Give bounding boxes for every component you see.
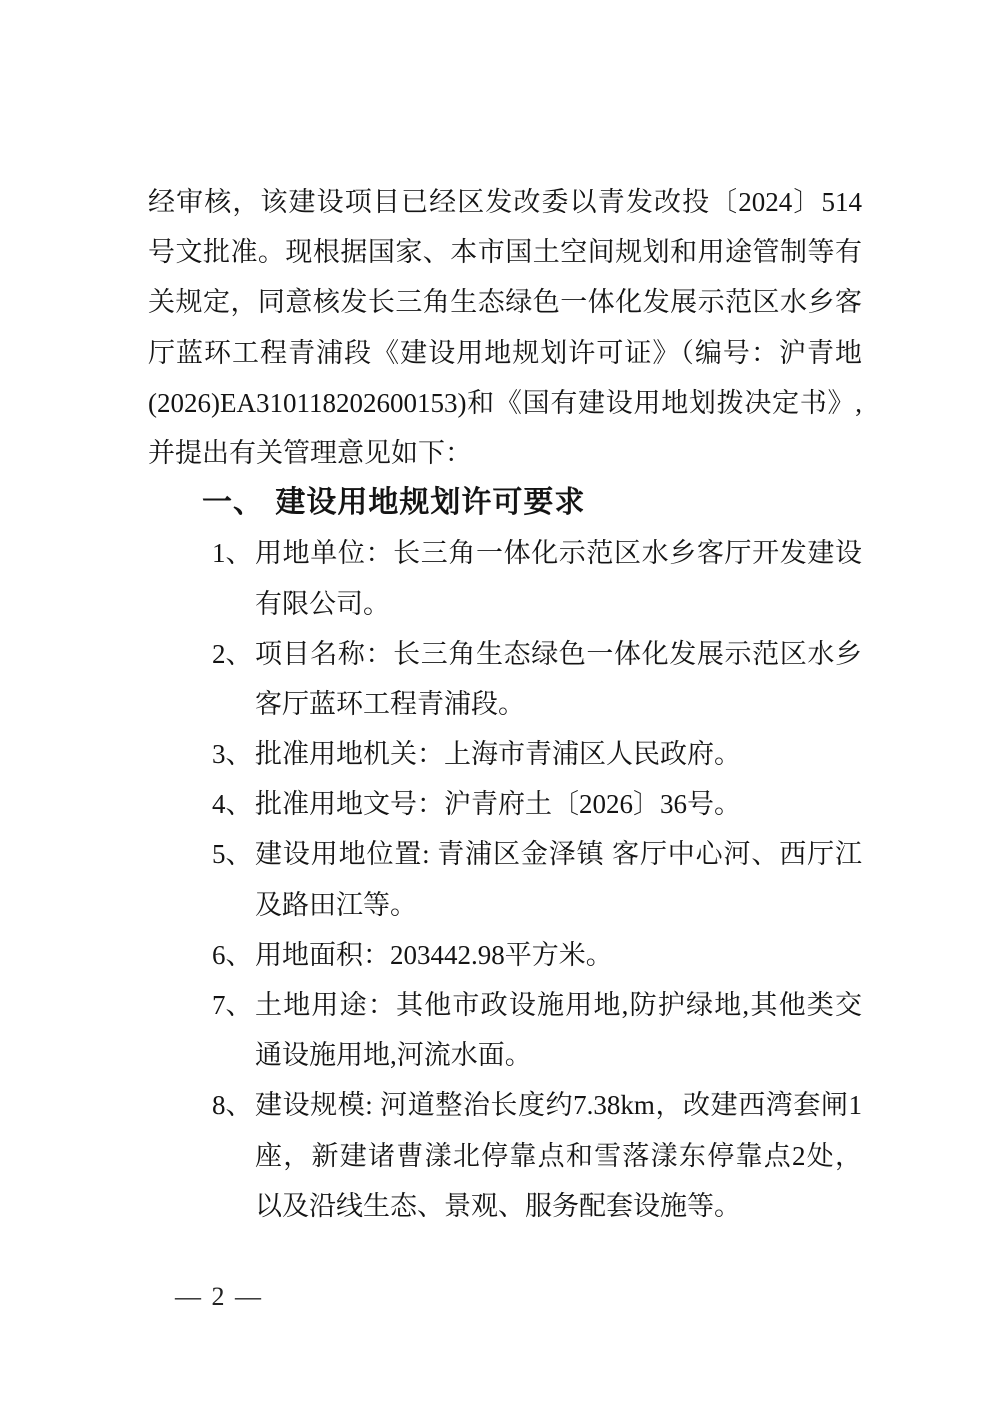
list-item-number: 5、	[212, 829, 253, 879]
list-item-line: 以及沿线生态、景观、服务配套设施等。	[148, 1181, 862, 1231]
list-item-text: 建设规模: 河道整治长度约7.38km，改建西湾套闸1	[255, 1090, 862, 1120]
list-item-line: 7、土地用途：其他市政设施用地,防护绿地,其他类交	[148, 980, 862, 1030]
list-item-line: 客厅蓝环工程青浦段。	[148, 679, 862, 729]
section-number: 一、	[202, 486, 264, 519]
section-title: 建设用地规划许可要求	[275, 486, 585, 519]
list-item-line: 6、用地面积：203442.98平方米。	[148, 930, 862, 980]
page-number: — 2 —	[175, 1272, 263, 1322]
list-item-number: 2、	[212, 629, 253, 679]
list-item-line: 1、用地单位：长三角一体化示范区水乡客厅开发建设	[148, 528, 862, 578]
list-item-text: 项目名称：长三角生态绿色一体化发展示范区水乡	[255, 639, 862, 669]
list-item-number: 8、	[212, 1080, 253, 1130]
list-item-line: 通设施用地,河流水面。	[148, 1030, 862, 1080]
list-item-number: 7、	[212, 980, 253, 1030]
list-item-text: 批准用地文号：沪青府土〔2026〕36号。	[255, 789, 741, 819]
list-item-line: 2、项目名称：长三角生态绿色一体化发展示范区水乡	[148, 629, 862, 679]
paragraph-line: 经审核，该建设项目已经区发改委以青发改投〔2024〕514	[148, 177, 862, 227]
paragraph-line: 并提出有关管理意见如下：	[148, 428, 862, 478]
paragraph-line: 号文批准。现根据国家、本市国土空间规划和用途管制等有	[148, 227, 862, 277]
paragraph-line: 关规定，同意核发长三角生态绿色一体化发展示范区水乡客	[148, 277, 862, 327]
list-item-line: 5、建设用地位置: 青浦区金泽镇 客厅中心河、西厅江	[148, 829, 862, 879]
list-item-line: 3、批准用地机关：上海市青浦区人民政府。	[148, 729, 862, 779]
list-item-text: 建设用地位置: 青浦区金泽镇 客厅中心河、西厅江	[255, 839, 862, 869]
document-body: 经审核，该建设项目已经区发改委以青发改投〔2024〕514 号文批准。现根据国家…	[148, 177, 862, 1231]
list-item-text: 用地单位：长三角一体化示范区水乡客厅开发建设	[255, 538, 862, 568]
list-item-text: 批准用地机关：上海市青浦区人民政府。	[255, 739, 741, 769]
section-heading: 一、 建设用地规划许可要求	[148, 478, 862, 528]
list-item-line: 8、建设规模: 河道整治长度约7.38km，改建西湾套闸1	[148, 1080, 862, 1130]
list-item-number: 6、	[212, 930, 253, 980]
list-item-number: 1、	[212, 528, 253, 578]
list-item-line: 有限公司。	[148, 579, 862, 629]
list-item-number: 4、	[212, 779, 253, 829]
document-page: 经审核，该建设项目已经区发改委以青发改投〔2024〕514 号文批准。现根据国家…	[0, 0, 992, 1403]
list-item-text: 土地用途：其他市政设施用地,防护绿地,其他类交	[255, 990, 862, 1020]
list-item-line: 及路田江等。	[148, 880, 862, 930]
list-item-number: 3、	[212, 729, 253, 779]
list-item-text: 用地面积：203442.98平方米。	[255, 940, 613, 970]
list-item-line: 4、批准用地文号：沪青府土〔2026〕36号。	[148, 779, 862, 829]
paragraph-line: (2026)EA310118202600153)和《国有建设用地划拨决定书》,	[148, 378, 862, 428]
paragraph-line: 厅蓝环工程青浦段《建设用地规划许可证》（编号：沪青地	[148, 328, 862, 378]
list-item-line: 座，新建诸曹漾北停靠点和雪落漾东停靠点2处，	[148, 1131, 862, 1181]
